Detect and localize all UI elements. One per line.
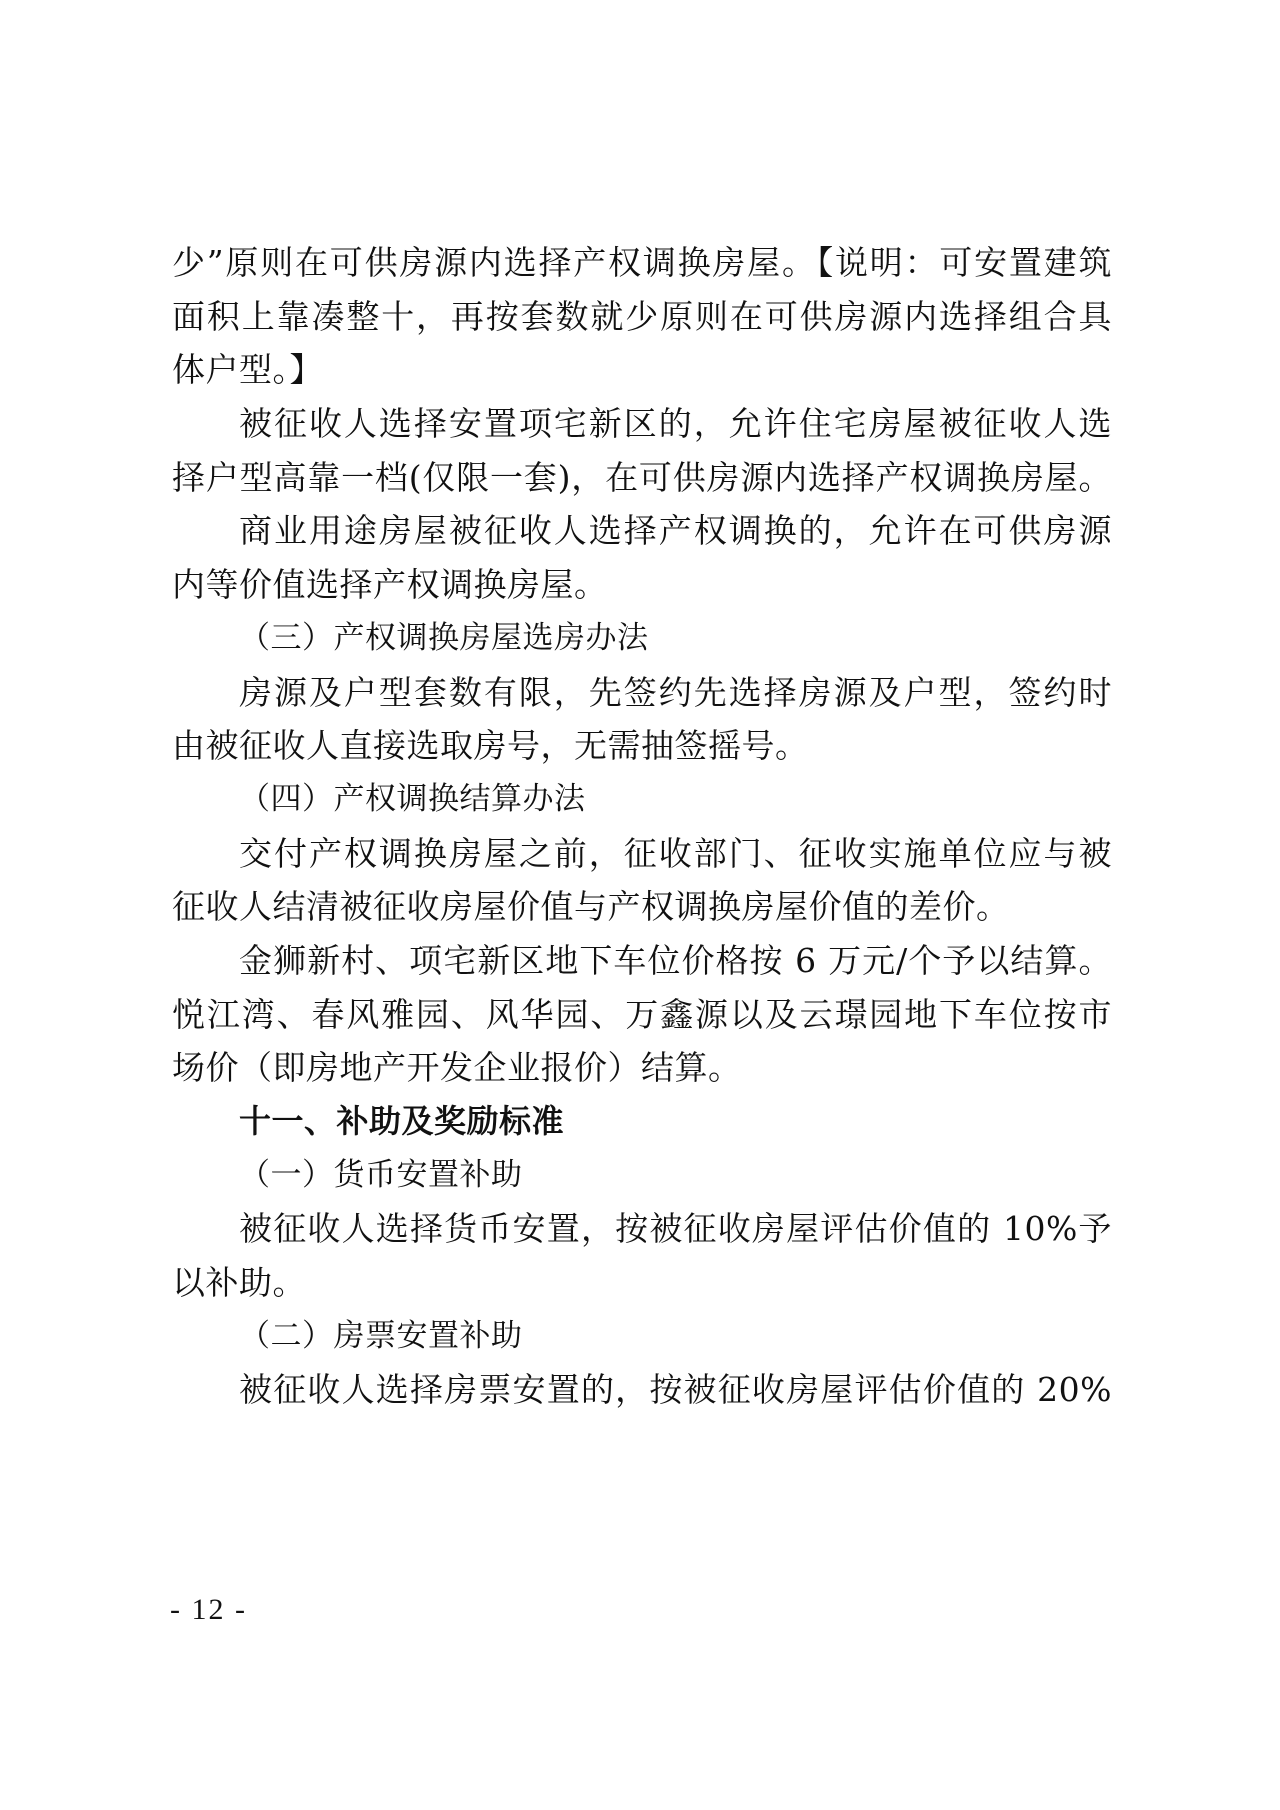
paragraph-line: 房源及户型套数有限，先签约先选择房源及户型，签约时 [172, 666, 1112, 720]
paragraph-line: 少”原则在可供房源内选择产权调换房屋。【说明：可安置建筑 [172, 236, 1112, 290]
section-heading: 十一、补助及奖励标准 [172, 1095, 1112, 1149]
paragraph-line: 金狮新村、项宅新区地下车位价格按 6 万元/个予以结算。 [172, 934, 1112, 988]
paragraph-line: 体户型。】 [172, 343, 1112, 397]
page-number: - 12 - [170, 1593, 247, 1627]
subsection-heading: （四）产权调换结算办法 [172, 773, 1112, 827]
document-body: 少”原则在可供房源内选择产权调换房屋。【说明：可安置建筑 面积上靠凑整十，再按套… [172, 236, 1112, 1417]
paragraph-line: 择户型高靠一档(仅限一套)，在可供房源内选择产权调换房屋。 [172, 451, 1112, 505]
paragraph-line: 被征收人选择房票安置的，按被征收房屋评估价值的 20% [172, 1363, 1112, 1417]
subsection-heading: （三）产权调换房屋选房办法 [172, 612, 1112, 666]
document-page: 少”原则在可供房源内选择产权调换房屋。【说明：可安置建筑 面积上靠凑整十，再按套… [0, 0, 1280, 1810]
paragraph-line: 内等价值选择产权调换房屋。 [172, 558, 1112, 612]
paragraph-line: 面积上靠凑整十，再按套数就少原则在可供房源内选择组合具 [172, 290, 1112, 344]
subsection-heading: （二）房票安置补助 [172, 1310, 1112, 1364]
paragraph-line: 交付产权调换房屋之前，征收部门、征收实施单位应与被 [172, 827, 1112, 881]
paragraph-line: 商业用途房屋被征收人选择产权调换的，允许在可供房源 [172, 504, 1112, 558]
paragraph-line: 场价（即房地产开发企业报价）结算。 [172, 1041, 1112, 1095]
subsection-heading: （一）货币安置补助 [172, 1149, 1112, 1203]
paragraph-line: 以补助。 [172, 1256, 1112, 1310]
paragraph-line: 被征收人选择货币安置，按被征收房屋评估价值的 10%予 [172, 1202, 1112, 1256]
paragraph-line: 征收人结清被征收房屋价值与产权调换房屋价值的差价。 [172, 880, 1112, 934]
paragraph-line: 被征收人选择安置项宅新区的，允许住宅房屋被征收人选 [172, 397, 1112, 451]
paragraph-line: 由被征收人直接选取房号，无需抽签摇号。 [172, 719, 1112, 773]
paragraph-line: 悦江湾、春风雅园、风华园、万鑫源以及云璟园地下车位按市 [172, 988, 1112, 1042]
